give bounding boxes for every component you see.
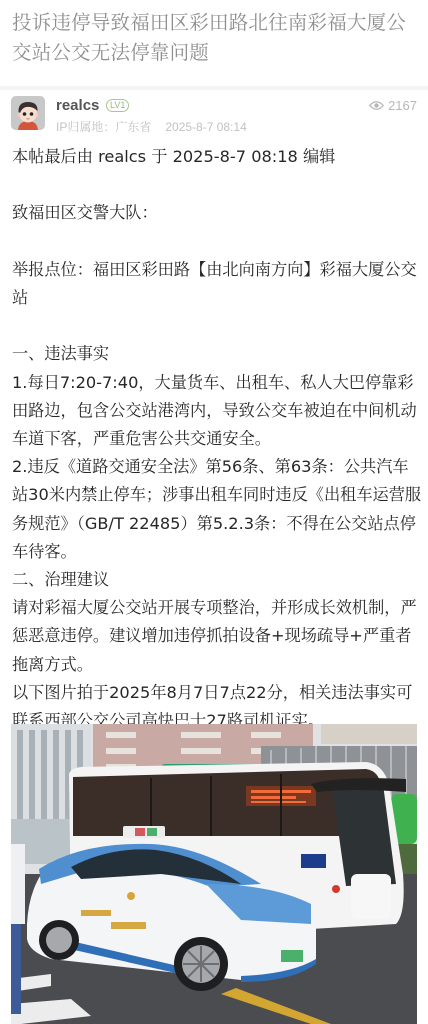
cartoon-boy-avatar-icon: [11, 96, 45, 130]
author-row: realcs LV1 IP归属地：广东省2025-8-7 08:14 2167: [0, 90, 428, 140]
view-count: 2167: [369, 98, 417, 113]
avatar[interactable]: [11, 96, 45, 130]
report-location: 举报点位：福田区彩田路【由北向南方向】彩福大厦公交站: [12, 256, 422, 312]
edit-note: 本帖最后由 realcs 于 2025-8-7 08:18 编辑: [12, 143, 422, 171]
section-heading-facts: 一、违法事实: [12, 340, 422, 368]
salutation: 致福田区交警大队：: [12, 199, 422, 227]
ip-location: IP归属地：广东省: [56, 120, 151, 134]
post-body: 本帖最后由 realcs 于 2025-8-7 08:18 编辑 致福田区交警大…: [12, 143, 422, 735]
post-date: 2025-8-7 08:14: [165, 120, 246, 134]
post-meta: IP归属地：广东省2025-8-7 08:14: [56, 118, 247, 135]
post-title-bar: 投诉违停导致福田区彩田路北往南彩福大厦公交站公交无法停靠问题: [0, 0, 428, 86]
fact-2: 2.违反《道路交通安全法》第56条、第63条：公共汽车站30米内禁止停车；涉事出…: [12, 453, 422, 566]
level-badge: LV1: [106, 99, 129, 112]
street-photo-illustration: [11, 724, 417, 1024]
section-heading-suggestions: 二、治理建议: [12, 566, 422, 594]
post-title: 投诉违停导致福田区彩田路北往南彩福大厦公交站公交无法停靠问题: [12, 8, 418, 68]
post-photo[interactable]: [11, 724, 417, 1024]
view-count-value: 2167: [388, 98, 417, 113]
author-name[interactable]: realcs: [56, 97, 99, 114]
suggestion-text: 请对彩福大厦公交站开展专项整治，并形成长效机制，严惩恶意违停。建议增加违停抓拍设…: [12, 594, 422, 679]
eye-icon: [369, 100, 384, 111]
fact-1: 1.每日7:20-7:40，大量货车、出租车、私人大巴停靠彩田路边，包含公交站港…: [12, 369, 422, 454]
